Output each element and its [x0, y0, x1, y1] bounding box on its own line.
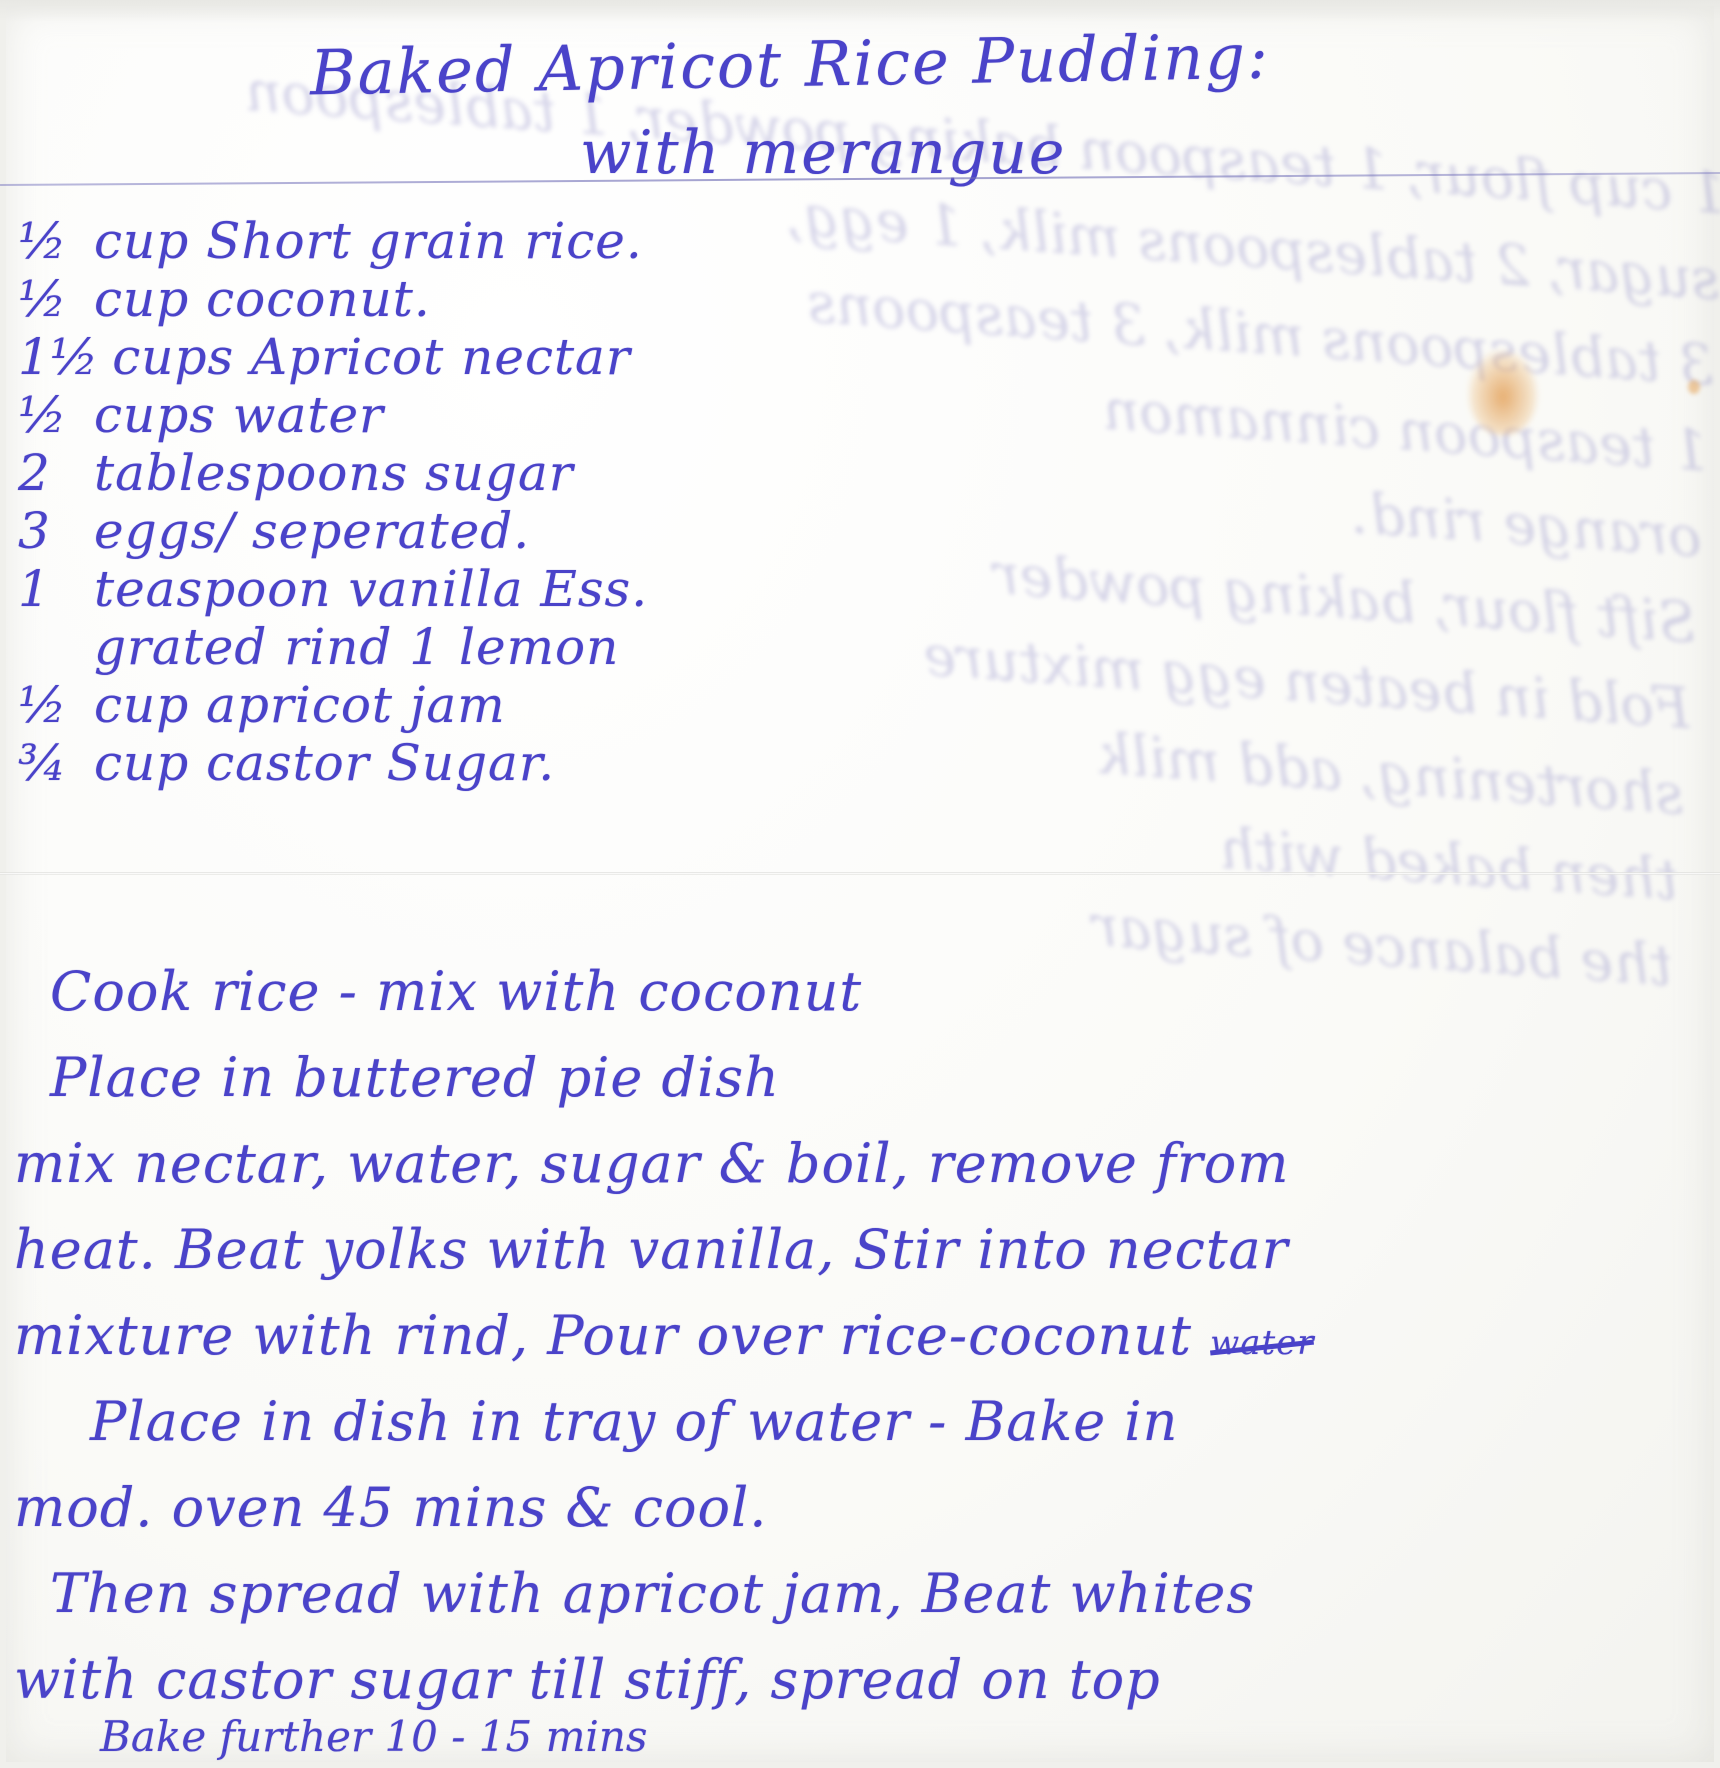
paper-fold-crease [0, 872, 1720, 875]
ingredient-item: 3 eggs/ seperated. [18, 502, 648, 560]
ingredient-quantity: ¾ [18, 734, 80, 792]
bleed-line: Sift flour, baking powder [795, 519, 1699, 668]
bleed-line: Fold in beaten egg mixture [789, 604, 1693, 753]
ingredient-item: 1½ cups Apricot nectar [18, 328, 648, 386]
method-line: Place in dish in tray of water - Bake in [50, 1390, 1315, 1476]
crossed-out-word: water [1210, 1323, 1314, 1363]
bleed-line: then baked with [777, 776, 1681, 925]
method-line: mod. oven 45 mins & cool. [14, 1476, 1315, 1562]
method-line: mix nectar, water, sugar & boil, remove … [14, 1132, 1315, 1218]
method-line: Then spread with apricot jam, Beat white… [50, 1562, 1315, 1648]
ingredient-item: ½ cup Short grain rice. [18, 212, 648, 270]
method-line-text: mixture with rind, Pour over rice-coconu… [14, 1304, 1192, 1367]
ingredient-name: cups water [94, 386, 384, 444]
ingredient-quantity: 1½ [18, 328, 98, 386]
bleed-line: sugar, 2 tablespoons milk, 1 egg, [819, 175, 1720, 324]
recipe-title: Baked Apricot Rice Pudding: [309, 20, 1270, 110]
method-line: Cook rice - mix with coconut [50, 960, 1315, 1046]
ingredient-quantity: ½ [18, 270, 80, 328]
ingredient-name: cup castor Sugar. [94, 734, 555, 792]
orange-stain-spot [1688, 380, 1700, 394]
ingredient-quantity: ½ [18, 676, 80, 734]
method-line: mixture with rind, Pour over rice-coconu… [14, 1304, 1315, 1390]
ingredient-name: eggs/ seperated. [94, 502, 530, 560]
ingredient-name: cup Short grain rice. [94, 212, 643, 270]
bleed-line: 1 teaspoon cinnamon [807, 347, 1711, 496]
bleed-line: orange rind. [801, 433, 1705, 582]
method-line: heat. Beat yolks with vanilla, Stir into… [14, 1218, 1315, 1304]
ingredient-name: teaspoon vanilla Ess. [94, 560, 648, 618]
ingredient-name: cups Apricot nectar [112, 328, 630, 386]
ingredient-item: 2 tablespoons sugar [18, 444, 648, 502]
torn-top-edge [0, 0, 1720, 22]
ingredient-quantity: 2 [18, 444, 80, 502]
ingredient-name: tablespoons sugar [94, 444, 574, 502]
ingredient-name: cup coconut. [94, 270, 431, 328]
method-line: Place in buttered pie dish [50, 1046, 1315, 1132]
ingredient-item: ½ cups water [18, 386, 648, 444]
ingredient-item: 1 teaspoon vanilla Ess. [18, 560, 648, 618]
ingredient-quantity: 3 [18, 502, 80, 560]
orange-stain [1468, 350, 1538, 435]
recipe-card: 1 cup flour, 1 teaspoon baking powder, 1… [0, 0, 1720, 1768]
ingredient-item: grated rind 1 lemon [18, 618, 648, 676]
ingredient-name: grated rind 1 lemon [94, 618, 619, 676]
ingredient-item: ½ cup coconut. [18, 270, 648, 328]
ingredient-item: ½ cup apricot jam [18, 676, 648, 734]
bleed-line: shortening, add milk [783, 690, 1687, 839]
ingredient-item: ¾ cup castor Sugar. [18, 734, 648, 792]
ingredient-name: cup apricot jam [94, 676, 506, 734]
ingredient-quantity: 1 [18, 560, 80, 618]
ingredient-list: ½ cup Short grain rice. ½ cup coconut. 1… [18, 212, 648, 792]
ingredient-quantity: ½ [18, 212, 80, 270]
method-steps: Cook rice - mix with coconut Place in bu… [50, 960, 1315, 1734]
final-baking-instruction: Bake further 10 - 15 mins [100, 1712, 647, 1761]
bleed-line: 3 tablespoons milk, 3 teaspoons [813, 261, 1717, 410]
ingredient-quantity: ½ [18, 386, 80, 444]
